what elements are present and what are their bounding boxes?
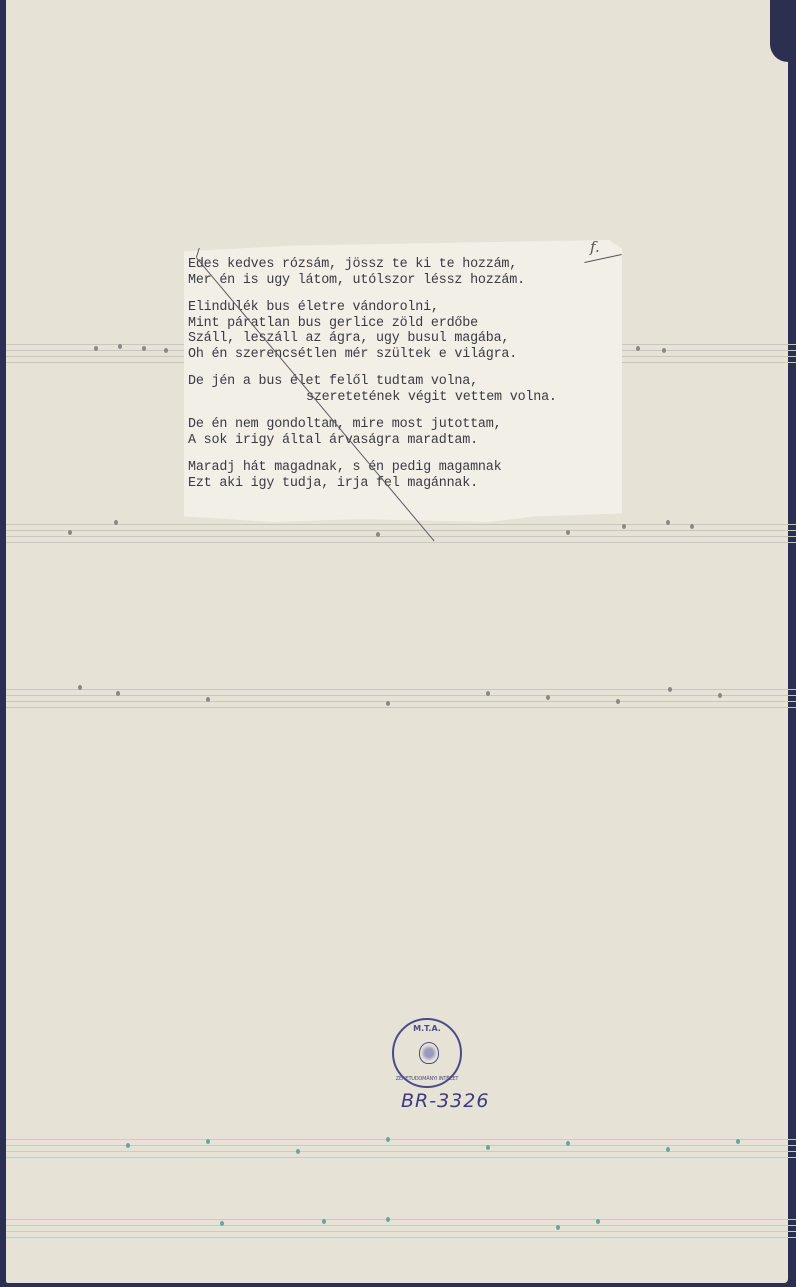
catalog-number: BR-3326 [401, 1090, 489, 1112]
poem-line-indented: szeretetének végit vettem volna. [188, 390, 628, 406]
torn-corner [770, 0, 788, 62]
poem-line: Elindulék bus életre vándorolni, [188, 300, 628, 316]
pencil-annotation: f. [590, 238, 600, 256]
poem-text: Edes kedves rózsám, jössz te ki te hozzá… [188, 257, 628, 503]
music-staff-bleedthrough [6, 685, 796, 709]
stanza: De én nem gondoltam, mire most jutottam,… [188, 417, 628, 448]
manuscript-sheet [6, 0, 788, 1283]
stanza: Maradj hát magadnak, s én pedig magamnak… [188, 460, 628, 491]
music-staff-bleedthrough [6, 520, 796, 544]
poem-line: Száll, leszáll az ágra, ugy busul magába… [188, 331, 628, 347]
poem-line: De jén a bus élet felől tudtam volna, [188, 374, 628, 390]
music-staff-bleedthrough-green [6, 1215, 796, 1239]
poem-line: Oh én szerencsétlen mér szültek e világr… [188, 347, 628, 363]
music-staff-bleedthrough-green [6, 1135, 796, 1159]
poem-line: Ezt aki igy tudja, irja fel magánnak. [188, 476, 628, 492]
poem-line: Mer én is ugy látom, utólszor léssz hozz… [188, 273, 628, 289]
stamp-top-text: M.T.A. [394, 1024, 460, 1033]
stanza: Elindulék bus életre vándorolni, Mint pá… [188, 300, 628, 362]
poem-line: De én nem gondoltam, mire most jutottam, [188, 417, 628, 433]
stanza: Edes kedves rózsám, jössz te ki te hozzá… [188, 257, 628, 288]
stanza: De jén a bus élet felől tudtam volna, sz… [188, 374, 628, 405]
poem-line: Edes kedves rózsám, jössz te ki te hozzá… [188, 257, 628, 273]
poem-line: Mint páratlan bus gerlice zöld erdőbe [188, 316, 628, 332]
pencil-tick-mark: / [196, 246, 200, 259]
poem-line: Maradj hát magadnak, s én pedig magamnak [188, 460, 628, 476]
archive-stamp: M.T.A. ZENETUDOMÁNYI INTÉZET [392, 1018, 462, 1088]
stamp-ring-text: ZENETUDOMÁNYI INTÉZET [394, 1076, 460, 1082]
coat-of-arms-icon [419, 1042, 439, 1064]
poem-line: A sok irigy által árvaságra maradtam. [188, 433, 628, 449]
